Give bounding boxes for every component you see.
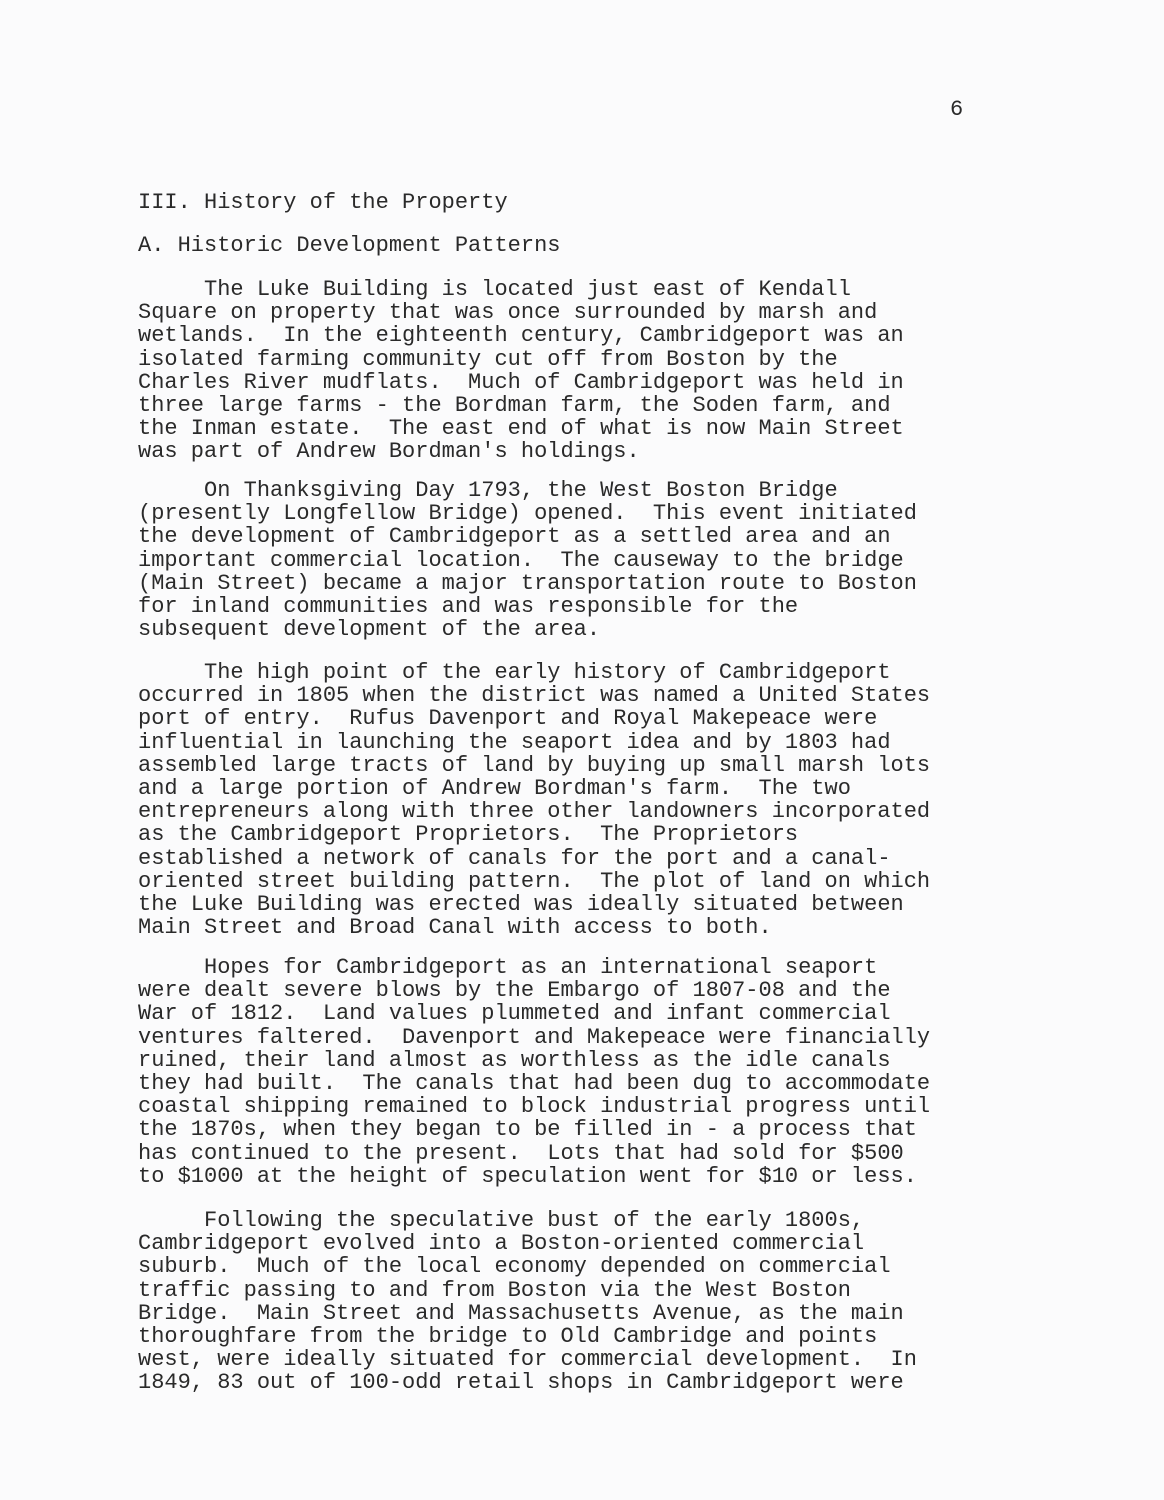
text-line: Main Street and Broad Canal with access … xyxy=(138,916,930,939)
text-line: War of 1812. Land values plummeted and i… xyxy=(138,1002,930,1025)
paragraph-port-of-entry: The high point of the early history of C… xyxy=(138,661,930,939)
text-line: was part of Andrew Bordman's holdings. xyxy=(138,440,904,463)
text-line: occurred in 1805 when the district was n… xyxy=(138,684,930,707)
text-line: Square on property that was once surroun… xyxy=(138,301,904,324)
text-line: On Thanksgiving Day 1793, the West Bosto… xyxy=(138,479,917,502)
paragraph-commercial-suburb: Following the speculative bust of the ea… xyxy=(138,1209,917,1395)
paragraph-west-boston-bridge: On Thanksgiving Day 1793, the West Bosto… xyxy=(138,479,917,641)
text-line: as the Cambridgeport Proprietors. The Pr… xyxy=(138,823,930,846)
text-line: Following the speculative bust of the ea… xyxy=(138,1209,917,1232)
text-line: The high point of the early history of C… xyxy=(138,661,930,684)
text-line: Bridge. Main Street and Massachusetts Av… xyxy=(138,1302,917,1325)
paragraph-luke-building: The Luke Building is located just east o… xyxy=(138,278,904,464)
text-line: wetlands. In the eighteenth century, Cam… xyxy=(138,324,904,347)
text-line: they had built. The canals that had been… xyxy=(138,1072,930,1095)
text-line: Charles River mudflats. Much of Cambridg… xyxy=(138,371,904,394)
text-line: and a large portion of Andrew Bordman's … xyxy=(138,777,930,800)
text-line: 1849, 83 out of 100-odd retail shops in … xyxy=(138,1371,917,1394)
page-number: 6 xyxy=(950,98,963,121)
text-line: influential in launching the seaport ide… xyxy=(138,731,930,754)
text-line: isolated farming community cut off from … xyxy=(138,348,904,371)
text-line: the 1870s, when they began to be filled … xyxy=(138,1118,930,1141)
text-line: has continued to the present. Lots that … xyxy=(138,1142,930,1165)
text-line: west, were ideally situated for commerci… xyxy=(138,1348,917,1371)
text-line: established a network of canals for the … xyxy=(138,847,930,870)
text-line: the Inman estate. The east end of what i… xyxy=(138,417,904,440)
text-line: port of entry. Rufus Davenport and Royal… xyxy=(138,707,930,730)
text-line: oriented street building pattern. The pl… xyxy=(138,870,930,893)
text-line: coastal shipping remained to block indus… xyxy=(138,1095,930,1118)
text-line: ruined, their land almost as worthless a… xyxy=(138,1049,930,1072)
text-line: for inland communities and was responsib… xyxy=(138,595,917,618)
section-heading: III. History of the Property xyxy=(138,191,508,214)
text-line: three large farms - the Bordman farm, th… xyxy=(138,394,904,417)
text-line: assembled large tracts of land by buying… xyxy=(138,754,930,777)
text-line: ventures faltered. Davenport and Makepea… xyxy=(138,1026,930,1049)
paragraph-embargo: Hopes for Cambridgeport as an internatio… xyxy=(138,956,930,1188)
text-line: Hopes for Cambridgeport as an internatio… xyxy=(138,956,930,979)
text-line: subsequent development of the area. xyxy=(138,618,917,641)
text-line: The Luke Building is located just east o… xyxy=(138,278,904,301)
text-line: the development of Cambridgeport as a se… xyxy=(138,525,917,548)
text-line: entrepreneurs along with three other lan… xyxy=(138,800,930,823)
text-line: (presently Longfellow Bridge) opened. Th… xyxy=(138,502,917,525)
text-line: (Main Street) became a major transportat… xyxy=(138,572,917,595)
text-line: suburb. Much of the local economy depend… xyxy=(138,1255,917,1278)
sub-heading: A. Historic Development Patterns xyxy=(138,234,560,257)
text-line: important commercial location. The cause… xyxy=(138,549,917,572)
text-line: to $1000 at the height of speculation we… xyxy=(138,1165,930,1188)
text-line: thoroughfare from the bridge to Old Camb… xyxy=(138,1325,917,1348)
text-line: the Luke Building was erected was ideall… xyxy=(138,893,930,916)
text-line: Cambridgeport evolved into a Boston-orie… xyxy=(138,1232,917,1255)
text-line: were dealt severe blows by the Embargo o… xyxy=(138,979,930,1002)
text-line: traffic passing to and from Boston via t… xyxy=(138,1279,917,1302)
